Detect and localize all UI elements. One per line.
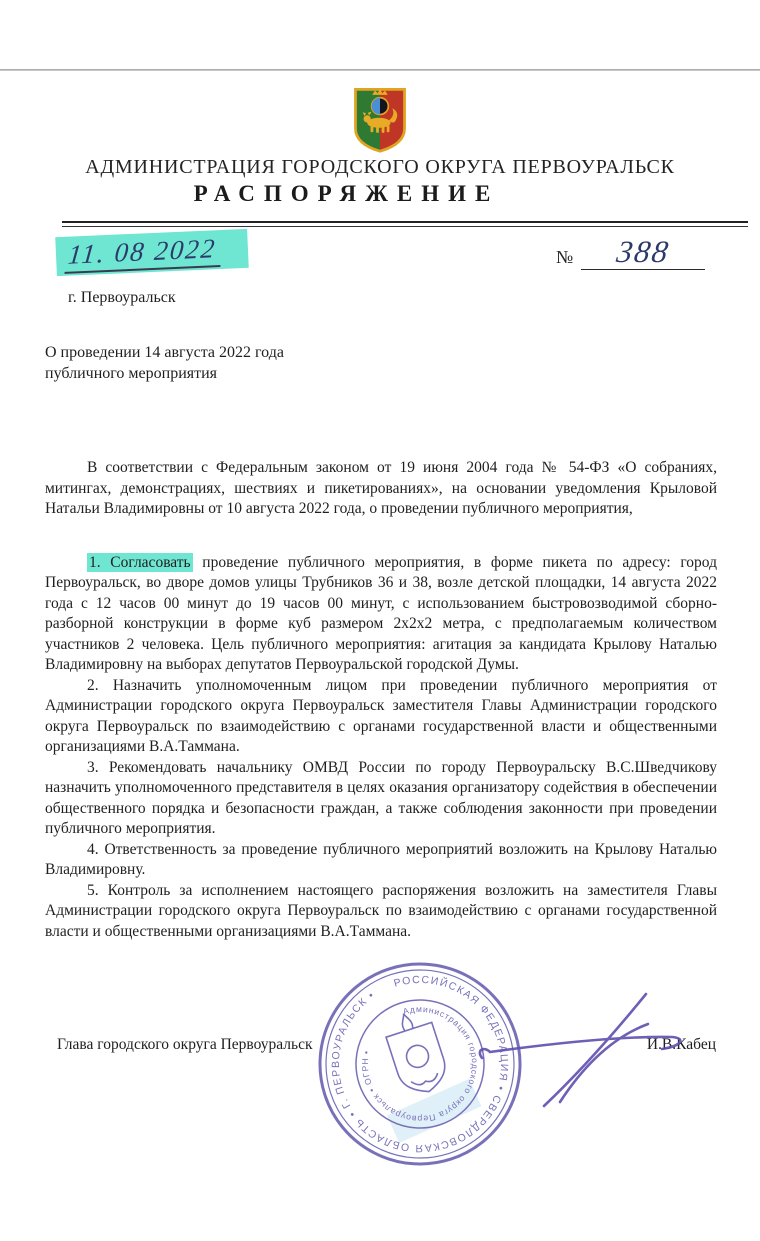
number-underline: 388 (581, 236, 705, 270)
subject-line-1: О проведении 14 августа 2022 года (45, 342, 284, 363)
place-line: г. Первоуральск (68, 289, 176, 307)
handwritten-signature (468, 988, 700, 1120)
photo-top-edge (0, 69, 760, 71)
date-block: 11. 08 2022 (55, 229, 249, 276)
coat-of-arms (352, 86, 408, 159)
item-4-paragraph: 4. Ответственность за проведение публичн… (45, 840, 717, 881)
document-body: В соответствии с Федеральным законом от … (45, 458, 717, 942)
stamp-center-emblem (381, 1006, 452, 1099)
intro-paragraph: В соответствии с Федеральным законом от … (45, 458, 717, 520)
document-type-title: РАСПОРЯЖЕНИЕ (0, 181, 722, 207)
handwritten-number: 388 (614, 236, 672, 269)
scanned-document-page: АДМИНИСТРАЦИЯ ГОРОДСКОГО ОКРУГА ПЕРВОУРА… (0, 0, 760, 1241)
item-1-highlighted-text: 1. Согласовать (87, 553, 193, 572)
signature-icon (468, 988, 700, 1120)
subject-line-2: публичного мероприятия (45, 363, 284, 384)
header-divider (62, 221, 748, 227)
coat-of-arms-icon (352, 86, 408, 154)
item-1-paragraph: 1. Согласовать проведение публичного мер… (45, 553, 717, 676)
item-5-paragraph: 5. Контроль за исполнением настоящего ра… (45, 881, 717, 943)
handwritten-date: 11. 08 2022 (64, 233, 223, 274)
item-3-paragraph: 3. Рекомендовать начальнику ОМВД России … (45, 758, 717, 840)
date-highlight-marker: 11. 08 2022 (55, 229, 249, 276)
organization-name: АДМИНИСТРАЦИЯ ГОРОДСКОГО ОКРУГА ПЕРВОУРА… (0, 156, 760, 179)
item-2-paragraph: 2. Назначить уполномоченным лицом при пр… (45, 676, 717, 758)
subject-block: О проведении 14 августа 2022 года публич… (45, 342, 284, 384)
signer-title: Глава городского округа Первоуральск (57, 1036, 313, 1054)
document-number-block: № 388 (556, 236, 705, 270)
number-sign: № (556, 247, 573, 270)
